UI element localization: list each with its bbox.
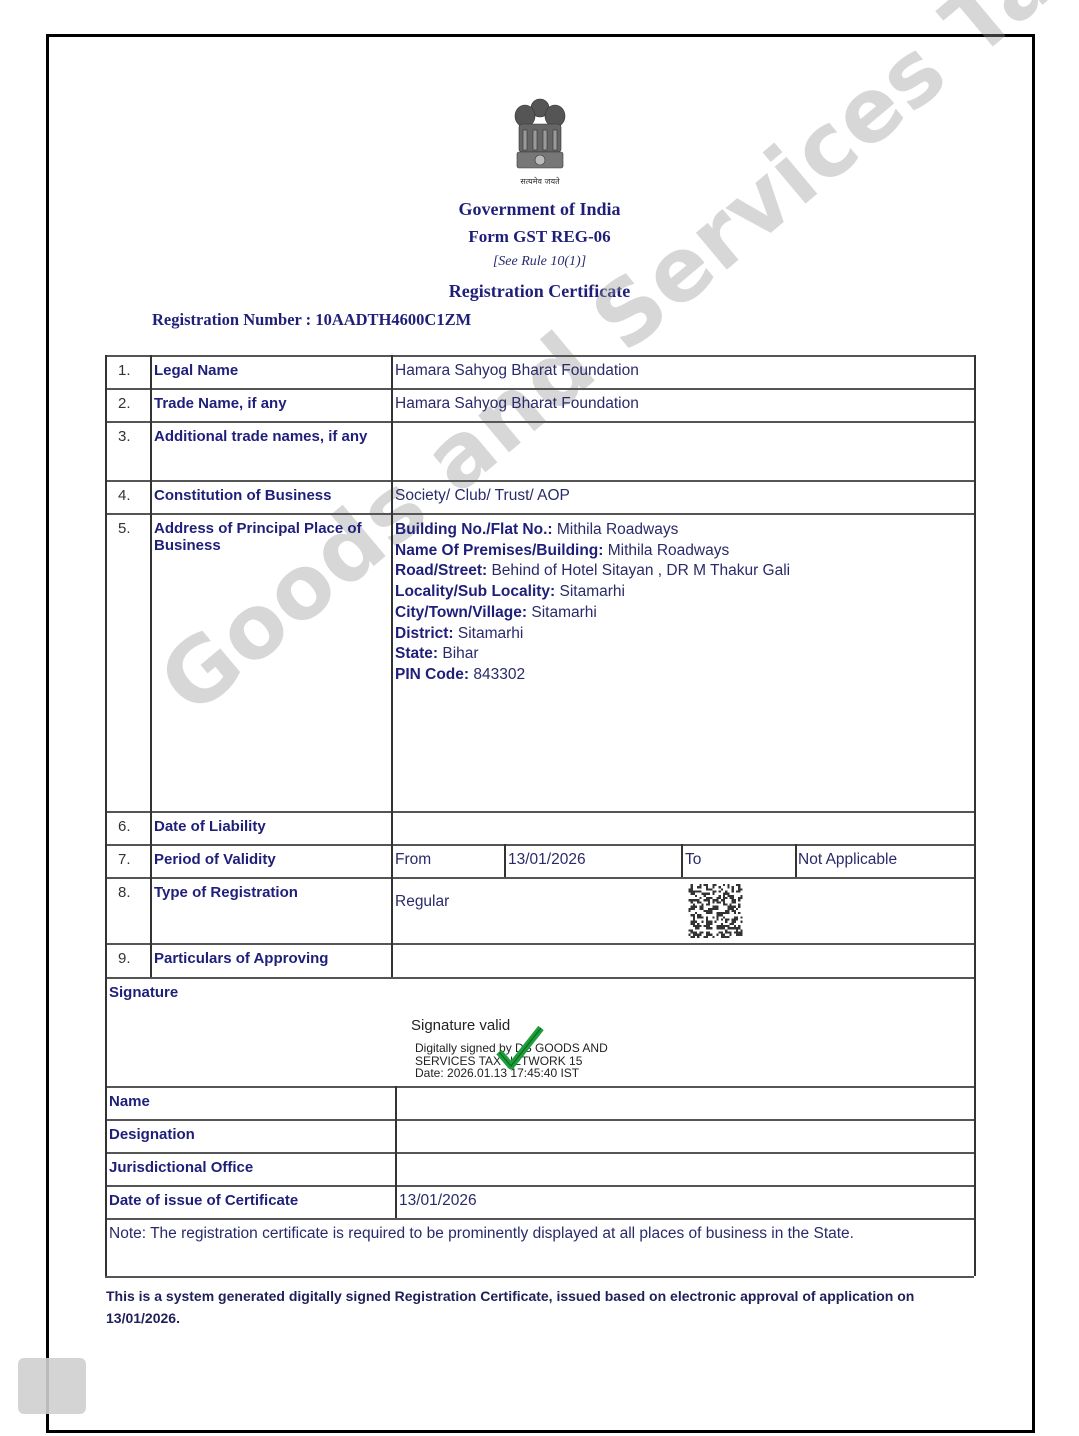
table-rule <box>105 388 974 390</box>
address-line: District: Sitamarhi <box>395 624 965 645</box>
table-rule <box>105 877 974 879</box>
table-rule <box>395 1086 397 1218</box>
address-line: Name Of Premises/Building: Mithila Roadw… <box>395 541 965 562</box>
row-number: 3. <box>118 428 131 445</box>
table-rule <box>681 844 683 877</box>
table-rule <box>105 480 974 482</box>
registration-number-value: 10AADTH4600C1ZM <box>315 310 471 329</box>
table-rule <box>105 1276 974 1278</box>
certificate-title: Registration Certificate <box>0 281 1079 302</box>
row-value: Hamara Sahyog Bharat Foundation <box>395 395 639 412</box>
table-rule <box>795 844 797 877</box>
table-rule <box>105 811 974 813</box>
officer-label: Name <box>109 1093 150 1110</box>
address-line: Locality/Sub Locality: Sitamarhi <box>395 582 965 603</box>
qr-code <box>688 884 743 938</box>
row-number: 7. <box>118 851 131 868</box>
rule-reference: [See Rule 10(1)] <box>0 254 1079 270</box>
row-number: 6. <box>118 818 131 835</box>
officer-label: Date of issue of Certificate <box>109 1192 298 1209</box>
table-rule <box>974 355 976 1276</box>
government-title: Government of India <box>0 199 1079 220</box>
table-rule <box>391 355 393 977</box>
row-label: Period of Validity <box>154 851 388 868</box>
officer-label: Jurisdictional Office <box>109 1159 253 1176</box>
row-label: Address of Principal Place of Business <box>154 520 388 554</box>
table-rule <box>105 1119 974 1121</box>
row-label: Additional trade names, if any <box>154 428 388 445</box>
table-rule <box>150 355 152 977</box>
address-block: Building No./Flat No.: Mithila RoadwaysN… <box>395 520 965 686</box>
validity-to-label: To <box>685 851 701 868</box>
address-line: City/Town/Village: Sitamarhi <box>395 603 965 624</box>
row-number: 8. <box>118 884 131 901</box>
address-line: PIN Code: 843302 <box>395 665 965 686</box>
officer-value: 13/01/2026 <box>399 1192 477 1209</box>
page-scroll-handle[interactable] <box>18 1358 86 1414</box>
address-line: Building No./Flat No.: Mithila Roadways <box>395 520 965 541</box>
signature-label: Signature <box>109 984 178 1001</box>
table-rule <box>105 355 107 1276</box>
row-number: 1. <box>118 362 131 379</box>
display-note: Note: The registration certificate is re… <box>109 1225 854 1242</box>
validity-to-value: Not Applicable <box>798 851 897 868</box>
registration-number-label: Registration Number : <box>152 310 311 329</box>
row-label: Constitution of Business <box>154 487 388 504</box>
national-emblem-icon: सत्यमेव जयते <box>505 94 575 190</box>
row-value: Society/ Club/ Trust/ AOP <box>395 487 570 504</box>
table-rule <box>105 355 974 357</box>
registration-number: Registration Number : 10AADTH4600C1ZM <box>152 310 471 330</box>
row-number: 9. <box>118 950 131 967</box>
address-line: State: Bihar <box>395 644 965 665</box>
emblem-motto: सत्यमेव जयते <box>520 176 560 186</box>
row-label: Legal Name <box>154 362 388 379</box>
row-label: Type of Registration <box>154 884 388 901</box>
form-title: Form GST REG-06 <box>0 227 1079 247</box>
row-number: 5. <box>118 520 131 537</box>
table-rule <box>504 844 506 877</box>
validity-from-date: 13/01/2026 <box>508 851 586 868</box>
validity-from-label: From <box>395 851 431 868</box>
row-value: Regular <box>395 893 449 910</box>
system-generated-footer: This is a system generated digitally sig… <box>106 1285 978 1329</box>
table-rule <box>105 1218 974 1220</box>
table-rule <box>105 1185 974 1187</box>
row-value: Hamara Sahyog Bharat Foundation <box>395 362 639 379</box>
table-rule <box>105 844 974 846</box>
table-rule <box>105 1086 974 1088</box>
row-label: Particulars of Approving <box>154 950 388 967</box>
table-rule <box>105 513 974 515</box>
row-label: Date of Liability <box>154 818 388 835</box>
table-rule <box>105 943 974 945</box>
officer-label: Designation <box>109 1126 195 1143</box>
table-rule <box>105 977 974 979</box>
row-number: 2. <box>118 395 131 412</box>
row-number: 4. <box>118 487 131 504</box>
table-rule <box>105 421 974 423</box>
signature-valid-check-icon <box>495 1024 545 1072</box>
table-rule <box>105 1152 974 1154</box>
address-line: Road/Street: Behind of Hotel Sitayan , D… <box>395 561 965 582</box>
row-label: Trade Name, if any <box>154 395 388 412</box>
